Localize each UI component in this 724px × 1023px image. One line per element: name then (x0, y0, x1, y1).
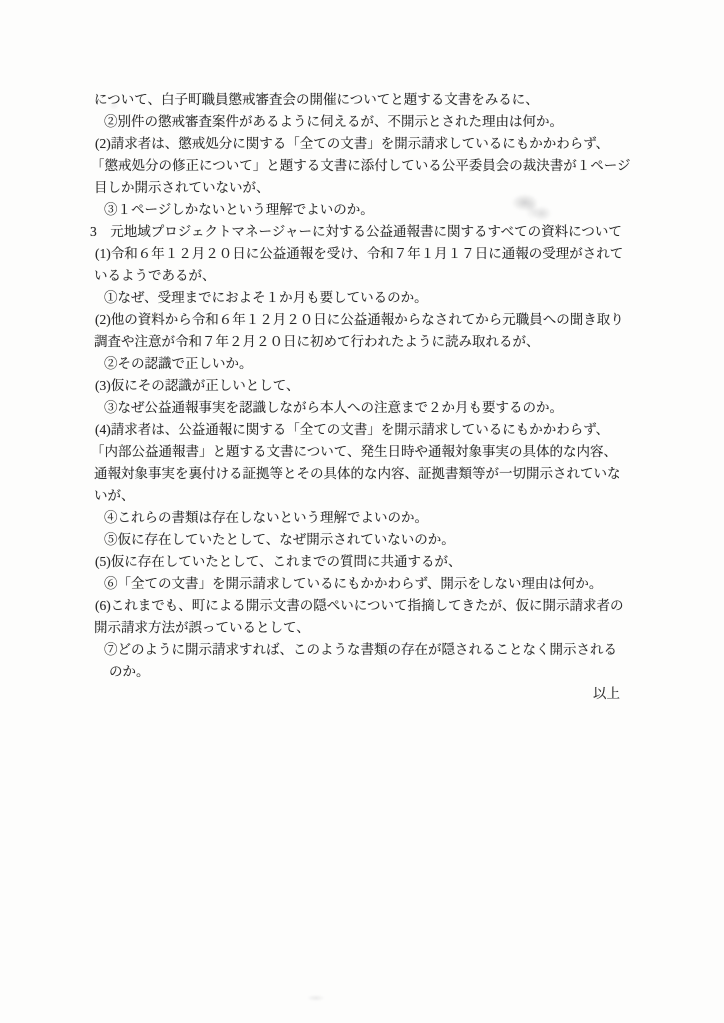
document-line: 調査や注意が令和７年２月２０日に初めて行われたように読み取れるが、 (90, 331, 638, 353)
document-line: ③なぜ公益通報事実を認識しながら本人への注意まで２か月も要するのか。 (90, 397, 638, 419)
document-line: 通報対象事実を裏付ける証拠等とその具体的な内容、証拠書類等が一切開示されていな (90, 463, 638, 485)
document-line: (6)これまでも、町による開示文書の隠ぺいについて指摘してきたが、仮に開示請求者… (90, 595, 638, 617)
document-line: (4)請求者は、公益通報に関する「全ての文書」を開示請求しているにもかかわらず、 (90, 419, 638, 441)
document-line: ③１ページしかないという理解でよいのか。 (90, 199, 638, 221)
faint-scan-mark-bottom (306, 993, 328, 1003)
document-line: について、白子町職員懲戒審査会の開催についてと題する文書をみるに、 (90, 89, 638, 111)
document-line: ①なぜ、受理までにおよそ１か月も要しているのか。 (90, 287, 638, 309)
document-line: のか。 (90, 661, 638, 683)
document-line: 開示請求方法が誤っているとして、 (90, 617, 638, 639)
document-line: (1)令和６年１２月２０日に公益通報を受け、令和７年１月１７日に通報の受理がされ… (90, 243, 638, 265)
document-line: ⑤仮に存在していたとして、なぜ開示されていないのか。 (90, 529, 638, 551)
document-line: (2)請求者は、懲戒処分に関する「全ての文書」を開示請求しているにもかかわらず、 (90, 133, 638, 155)
scanned-document-page: について、白子町職員懲戒審査会の開催についてと題する文書をみるに、②別件の懲戒審… (0, 0, 724, 1023)
document-line: 「内部公益通報書」と題する文書について、発生日時や通報対象事実の具体的な内容、 (90, 441, 638, 463)
document-body: について、白子町職員懲戒審査会の開催についてと題する文書をみるに、②別件の懲戒審… (90, 89, 638, 705)
document-line: 目しか開示されていないが、 (90, 177, 638, 199)
document-line: ②その認識で正しいか。 (90, 353, 638, 375)
document-line: (5)仮に存在していたとして、これまでの質問に共通するが、 (90, 551, 638, 573)
document-line: ④これらの書類は存在しないという理解でよいのか。 (90, 507, 638, 529)
document-line: (3)仮にその認識が正しいとして、 (90, 375, 638, 397)
document-line: いが、 (90, 485, 638, 507)
closing-phrase: 以上 (90, 683, 638, 705)
document-line: (2)他の資料から令和６年１２月２０日に公益通報からなされてから元職員への聞き取… (90, 309, 638, 331)
document-line: ②別件の懲戒審査案件があるように伺えるが、不開示とされた理由は何か。 (90, 111, 638, 133)
document-line: 3 元地域プロジェクトマネージャーに対する公益通報書に関するすべての資料について (90, 221, 638, 243)
document-line: いるようであるが、 (90, 265, 638, 287)
document-line: 「懲戒処分の修正について」と題する文書に添付している公平委員会の裁決書が１ページ (90, 155, 638, 177)
document-line: ⑦どのように開示請求すれば、このような書類の存在が隠されることなく開示される (90, 639, 638, 661)
document-line: ⑥「全ての文書」を開示請求しているにもかかわらず、開示をしない理由は何か。 (90, 573, 638, 595)
